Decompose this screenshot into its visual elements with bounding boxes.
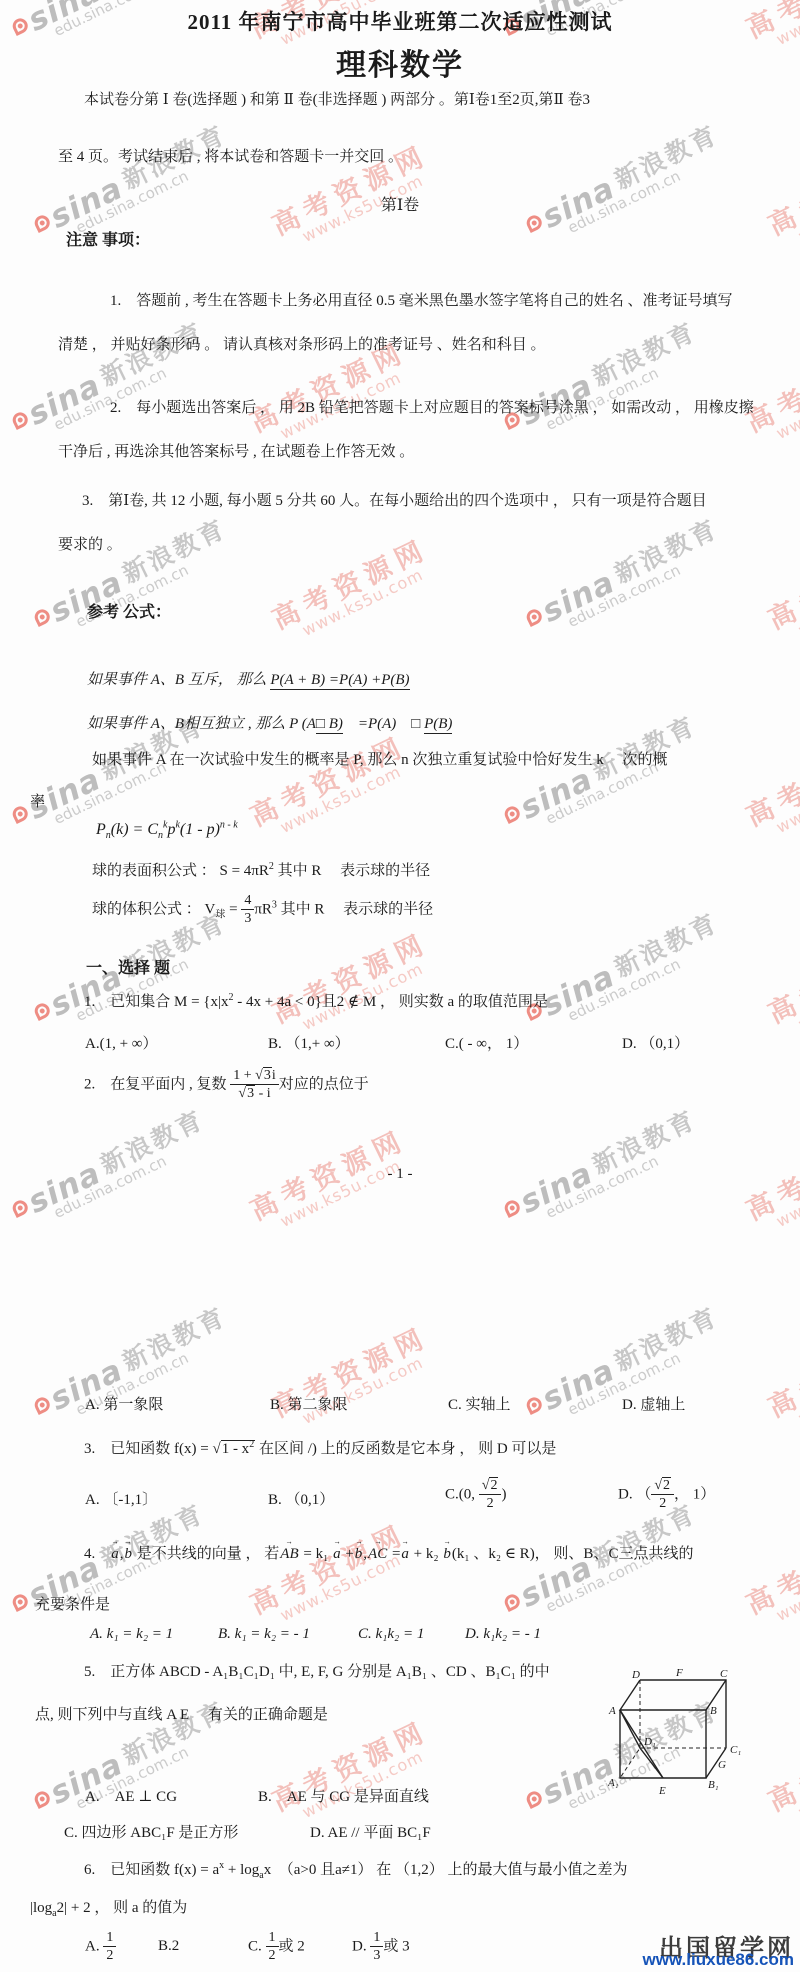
footer-site-url: www.liuxue86.com (643, 1950, 794, 1970)
q5-options-row1: A. AE ⊥ CG B. AE 与 CG 是异面直线 (0, 1785, 800, 1825)
q1-option-d: D. （0,1） (622, 1032, 689, 1053)
q6-option-b: B.2 (158, 1938, 179, 1955)
q3-option-c: C.(0, √22) (445, 1478, 506, 1512)
vertex-label-f: F (675, 1667, 683, 1679)
vertex-label-a: A (608, 1705, 616, 1717)
q1-option-b: B. （1,+ ∞） (268, 1032, 350, 1053)
q4-stem-line2: 充要条件是 (35, 1593, 110, 1614)
reference-heading: 参考 公式： (87, 599, 171, 622)
subject-title: 理科数学 (0, 40, 800, 84)
notice-item1-line1: 1. 答题前 , 考生在答题卡上务必用直径 0.5 毫米黑色墨水签字笔将自己的姓… (110, 289, 733, 310)
q2-option-b: B. 第二象限 (270, 1393, 348, 1414)
vertex-label-c1: C₁ (730, 1744, 741, 1756)
q6-option-a: A. 12 (85, 1930, 116, 1964)
q2-options: A. 第一象限 B. 第二象限 C. 实轴上 D. 虚轴上 (0, 1393, 800, 1433)
notice-item2-line1: 2. 每小题选出答案后 ， 用 2B 铅笔把答题卡上对应题目的答案标号涂黑 ， … (110, 396, 754, 417)
vertex-label-d1: D₁ (643, 1736, 656, 1748)
q1-option-a: A.(1, + ∞） (85, 1032, 157, 1053)
sphere-surface-formula: 球的表面积公式 ： S = 4πR2 其中 R 表示球的半径 (92, 859, 430, 880)
intro-line-1: 本试卷分第 Ⅰ 卷(选择题 ) 和第 Ⅱ 卷(非选择题 ) 两部分 。第Ⅰ卷1至… (84, 88, 590, 109)
exam-title: 2011 年南宁市高中毕业班第二次适应性测试 (0, 6, 800, 36)
notice-heading: 注意 事项： (66, 227, 150, 250)
q5-option-d: D. AE // 平面 BC₁F (310, 1821, 431, 1842)
exam-content: 2011 年南宁市高中毕业班第二次适应性测试 理科数学 本试卷分第 Ⅰ 卷(选择… (0, 0, 800, 1972)
q1-option-c: C.( - ∞， 1） (445, 1032, 528, 1053)
q3-option-a: A. 〔-1,1〕 (85, 1488, 157, 1509)
vertex-label-g: G (718, 1759, 726, 1771)
q1-options: A.(1, + ∞） B. （1,+ ∞） C.( - ∞， 1） D. （0,… (0, 1032, 800, 1072)
q2-stem: 2. 在复平面内 , 复数 1 + √3i√3 - i对应的点位于 (84, 1068, 369, 1102)
q2-option-c: C. 实轴上 (448, 1393, 511, 1414)
notice-item3-line2: 要求的 。 (58, 533, 122, 554)
q6-option-d: D. 13或 3 (352, 1930, 410, 1964)
binomial-formula: Pn(k) = Cnkpk(1 - p)n - k (96, 821, 238, 839)
q5-stem-line1: 5. 正方体 ABCD - A₁B₁C₁D₁ 中, E, F, G 分别是 A₁… (84, 1660, 550, 1681)
choice-section-heading: 一、选择 题 (86, 955, 170, 978)
q4-option-c: C. k₁k₂ = 1 (358, 1626, 424, 1643)
binomial-text-line2: 率 (30, 790, 45, 811)
sphere-volume-formula: 球的体积公式 ： V球 = 43πR3 其中 R 表示球的半径 (92, 893, 433, 927)
notice-item2-line2: 干净后 , 再选涂其他答案标号 , 在试题卷上作答无效 。 (58, 440, 414, 461)
q2-option-a: A. 第一象限 (85, 1393, 163, 1414)
vertex-label-b: B (710, 1705, 717, 1717)
q4-stem-line1: 4. a,b 是不共线的向量 ， 若AB = k₁ a +b,AC =a + k… (84, 1542, 693, 1563)
q5-option-b: B. AE 与 CG 是异面直线 (258, 1785, 429, 1806)
vertex-label-d: D (631, 1669, 640, 1681)
q6-option-c: C. 12或 2 (248, 1930, 305, 1964)
volume1-heading: 第Ⅰ卷 (0, 192, 800, 215)
notice-item3-line1: 3. 第Ⅰ卷, 共 12 小题, 每小题 5 分共 60 人。在每小题给出的四个… (82, 489, 707, 510)
q3-option-b: B. （0,1） (268, 1488, 334, 1509)
q6-stem-line1: 6. 已知函数 f(x) = ax + logax （a>0 且a≠1） 在 （… (84, 1858, 627, 1879)
q5-options-row2: C. 四边形 ABC₁F 是正方形 D. AE // 平面 BC₁F (0, 1821, 800, 1861)
formula-independent: 如果事件 A、B相互独立 , 那么 P (A□ B) =P(A) □ P(B) (87, 712, 452, 733)
q4-option-b: B. k₁ = k₂ = - 1 (218, 1626, 310, 1643)
q5-option-a: A. AE ⊥ CG (85, 1785, 177, 1806)
q1-stem: 1. 已知集合 M = {x|x2 - 4x + 4a < 0}且2 ∉ M ，… (84, 990, 548, 1011)
q4-option-a: A. k₁ = k₂ = 1 (90, 1626, 173, 1643)
q6-stem-line2: |loga2| + 2 ， 则 a 的值为 (30, 1896, 187, 1917)
notice-item1-line2: 清楚 ， 并贴好条形码 。 请认真核对条形码上的准考证号 、姓名和科目 。 (58, 333, 546, 354)
q3-option-d: D. （√22， 1） (618, 1478, 715, 1512)
q5-stem-line2: 点, 则下列中与直线 A E 有关的正确命题是 (35, 1703, 328, 1724)
q3-stem: 3. 已知函数 f(x) = √1 - x2 在区间 /) 上的反函数是它本身 … (84, 1437, 556, 1458)
q4-option-d: D. k₁k₂ = - 1 (465, 1626, 541, 1643)
cube-diagram: D F C A B D₁ C₁ G A₁ E B₁ (608, 1666, 748, 1801)
exam-paper-scan: sina新浪教育edu.sina.com.cn高考资源网www.ks5u.com… (0, 0, 800, 1972)
page-number: - 1 - (0, 1166, 800, 1183)
binomial-text-line1: 如果事件 A 在一次试验中发生的概率是 P, 那么 n 次独立重复试验中恰好发生… (92, 748, 667, 769)
q3-options: A. 〔-1,1〕 B. （0,1） C.(0, √22) D. （√22， 1… (0, 1478, 800, 1518)
q2-option-d: D. 虚轴上 (622, 1393, 685, 1414)
q5-option-c: C. 四边形 ABC₁F 是正方形 (64, 1821, 238, 1842)
formula-mutex: 如果事件 A、B 互斥， 那么 P(A + B) =P(A) +P(B) (87, 668, 410, 689)
intro-line-2: 至 4 页。考试结束后 , 将本试卷和答题卡一并交回 。 (58, 145, 403, 166)
vertex-label-c: C (720, 1668, 728, 1680)
